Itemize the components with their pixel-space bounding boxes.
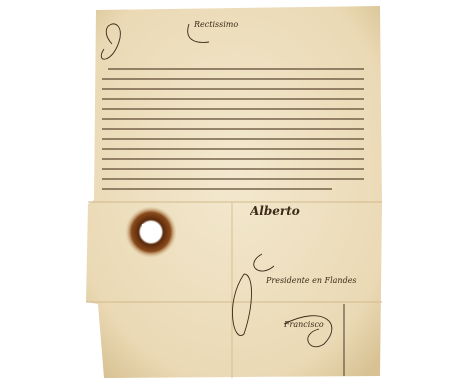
manuscript-sheet: Rectissimo Alberto Presidente en Flandes… bbox=[84, 4, 384, 378]
parchment bbox=[84, 4, 384, 378]
address-line: Presidente en Flandes bbox=[266, 276, 357, 285]
signature-top: Alberto bbox=[250, 204, 300, 218]
heading-text: Rectissimo bbox=[194, 20, 238, 29]
signature-bottom: Francisco bbox=[284, 320, 324, 329]
